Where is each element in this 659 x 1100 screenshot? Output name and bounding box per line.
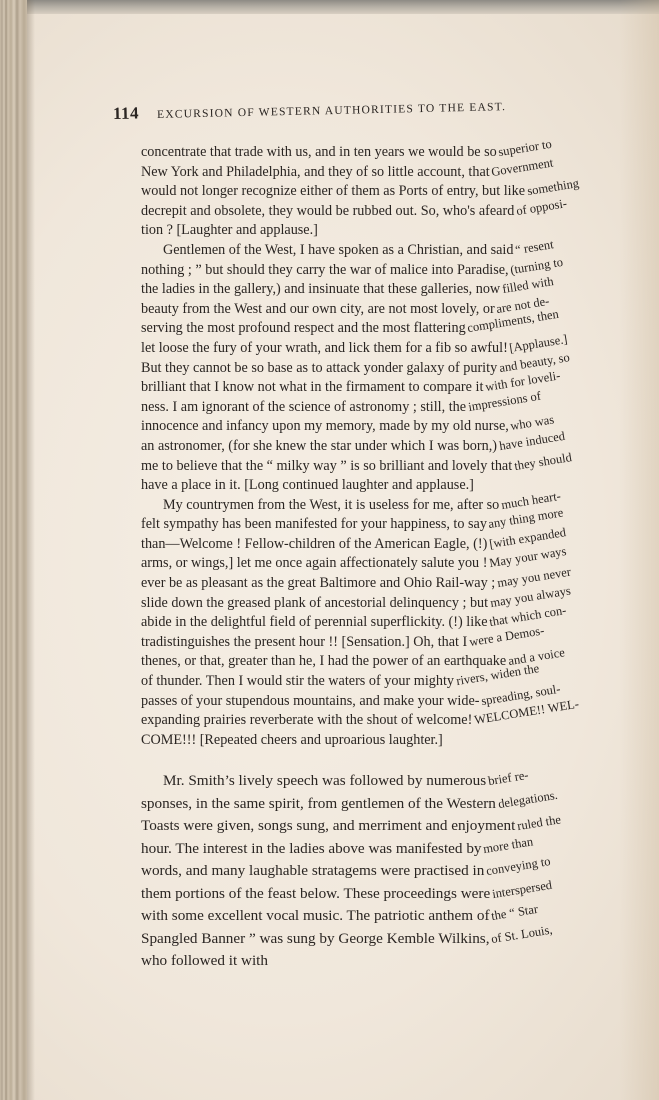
text-line: tradistinguishes the present hour !! [Se…: [141, 633, 659, 653]
line-text: me to believe that the “ milky way ” is …: [141, 458, 516, 474]
text-line: Mr. Smith’s lively speech was followed b…: [141, 770, 659, 793]
text-line: concentrate that trade with us, and in t…: [141, 143, 659, 163]
line-text: words, and many laughable stratagems wer…: [141, 862, 488, 879]
text-line: who followed it with: [141, 950, 659, 972]
line-text: Mr. Smith’s lively speech was followed b…: [163, 772, 490, 789]
speech-text: concentrate that trade with us, and in t…: [141, 143, 659, 750]
text-line: tion ? [Laughter and applause.]: [141, 221, 659, 241]
text-line: brilliant that I know not what in the fi…: [141, 378, 659, 398]
text-line: than—Welcome ! Fellow-children of the Am…: [141, 535, 659, 555]
text-line: Toasts were given, songs sung, and merri…: [141, 815, 659, 838]
binding-shadow: [27, 0, 35, 1100]
text-line: the ladies in the gallery,) and insinuat…: [141, 280, 659, 300]
text-line: ness. I am ignorant of the science of as…: [141, 398, 659, 418]
book-top-edge: [0, 0, 659, 14]
text-line: New York and Philadelphia, and they of s…: [141, 163, 659, 183]
line-text: COME!!! [Repeated cheers and uproarious …: [141, 732, 443, 748]
text-line: words, and many laughable stratagems wer…: [141, 860, 659, 883]
line-text: tion ? [Laughter and applause.]: [141, 222, 318, 238]
text-line: would not longer recognize either of the…: [141, 182, 659, 202]
text-line: nothing ; ” but should they carry the wa…: [141, 261, 659, 281]
text-line: felt sympathy has been manifested for yo…: [141, 515, 659, 535]
text-line: beauty from the West and our own city, a…: [141, 300, 659, 320]
text-line: serving the most profound respect and th…: [141, 319, 659, 339]
line-text: brilliant that I know not what in the fi…: [141, 379, 487, 395]
line-text: an astronomer, (for she knew the star un…: [141, 438, 501, 454]
text-line: arms, or wings,] let me once again affec…: [141, 554, 659, 574]
line-text: concentrate that trade with us, and in t…: [141, 144, 500, 160]
line-text: with some excellent vocal music. The pat…: [141, 907, 493, 924]
text-line: an astronomer, (for she knew the star un…: [141, 437, 659, 457]
line-text: ever be as pleasant as the great Baltimo…: [141, 575, 499, 591]
text-line: Gentlemen of the West, I have spoken as …: [141, 241, 659, 261]
line-text: arms, or wings,] let me once again affec…: [141, 555, 491, 571]
page-number: 114: [113, 103, 139, 123]
line-text: tradistinguishes the present hour !! [Se…: [141, 634, 471, 650]
line-text: nothing ; ” but should they carry the wa…: [141, 262, 512, 278]
text-line: thenes, or that, greater than he, I had …: [141, 652, 659, 672]
text-line: abide in the delightful field of perenni…: [141, 613, 659, 633]
text-line: of thunder. Then I would stir the waters…: [141, 672, 659, 692]
line-text: them portions of the feast below. These …: [141, 885, 494, 902]
line-text: hour. The interest in the ladies above w…: [141, 840, 485, 857]
line-text: Gentlemen of the West, I have spoken as …: [163, 242, 517, 258]
text-line: My countrymen from the West, it is usele…: [141, 496, 659, 516]
line-text: ness. I am ignorant of the science of as…: [141, 399, 470, 415]
book-binding-edge: [0, 0, 27, 1100]
text-line: them portions of the feast below. These …: [141, 883, 659, 906]
line-text: abide in the delightful field of perenni…: [141, 614, 491, 630]
line-text: passes of your stupendous mountains, and…: [141, 693, 483, 709]
line-text: decrepit and obsolete, they would be rub…: [141, 203, 518, 219]
line-text: thenes, or that, greater than he, I had …: [141, 653, 510, 669]
line-text: New York and Philadelphia, and they of s…: [141, 164, 493, 180]
line-text: sponses, in the same spirit, from gentle…: [141, 795, 500, 812]
text-line: sponses, in the same spirit, from gentle…: [141, 793, 659, 816]
text-line: with some excellent vocal music. The pat…: [141, 905, 659, 928]
text-line: slide down the greased plank of ancestor…: [141, 594, 659, 614]
text-line: expanding prairies reverberate with the …: [141, 711, 659, 731]
line-text: serving the most profound respect and th…: [141, 320, 469, 336]
line-text: the ladies in the gallery,) and insinuat…: [141, 281, 504, 297]
text-line: decrepit and obsolete, they would be rub…: [141, 202, 659, 222]
text-line: passes of your stupendous mountains, and…: [141, 692, 659, 712]
line-text: slide down the greased plank of ancestor…: [141, 595, 492, 611]
line-text: have a place in it. [Long continued laug…: [141, 477, 474, 493]
text-line: let loose the fury of your wrath, and li…: [141, 339, 659, 359]
text-line: have a place in it. [Long continued laug…: [141, 476, 659, 496]
line-text: expanding prairies reverberate with the …: [141, 712, 476, 728]
line-text: innocence and infancy upon my memory, ma…: [141, 418, 512, 434]
line-text: of thunder. Then I would stir the waters…: [141, 673, 458, 689]
text-line: COME!!! [Repeated cheers and uproarious …: [141, 731, 659, 751]
text-line: Spangled Banner ” was sung by George Kem…: [141, 928, 659, 951]
line-text: My countrymen from the West, it is usele…: [163, 497, 503, 513]
text-line: ever be as pleasant as the great Baltimo…: [141, 574, 659, 594]
line-text: who followed it with: [141, 952, 268, 969]
line-text: would not longer recognize either of the…: [141, 183, 529, 199]
text-line: hour. The interest in the ladies above w…: [141, 838, 659, 861]
line-text: But they cannot be so base as to attack …: [141, 360, 501, 376]
line-text: Toasts were given, songs sung, and merri…: [141, 817, 519, 834]
text-line: innocence and infancy upon my memory, ma…: [141, 417, 659, 437]
curled-line-end: brief re-: [487, 765, 530, 793]
line-text: felt sympathy has been manifested for yo…: [141, 516, 490, 532]
text-line: me to believe that the “ milky way ” is …: [141, 457, 659, 477]
line-text: Spangled Banner ” was sung by George Kem…: [141, 930, 493, 947]
line-text: than—Welcome ! Fellow-children of the Am…: [141, 536, 491, 552]
text-line: But they cannot be so base as to attack …: [141, 359, 659, 379]
line-text: let loose the fury of your wrath, and li…: [141, 340, 511, 356]
narrative-paragraph: Mr. Smith’s lively speech was followed b…: [141, 770, 659, 972]
line-text: beauty from the West and our own city, a…: [141, 301, 498, 317]
